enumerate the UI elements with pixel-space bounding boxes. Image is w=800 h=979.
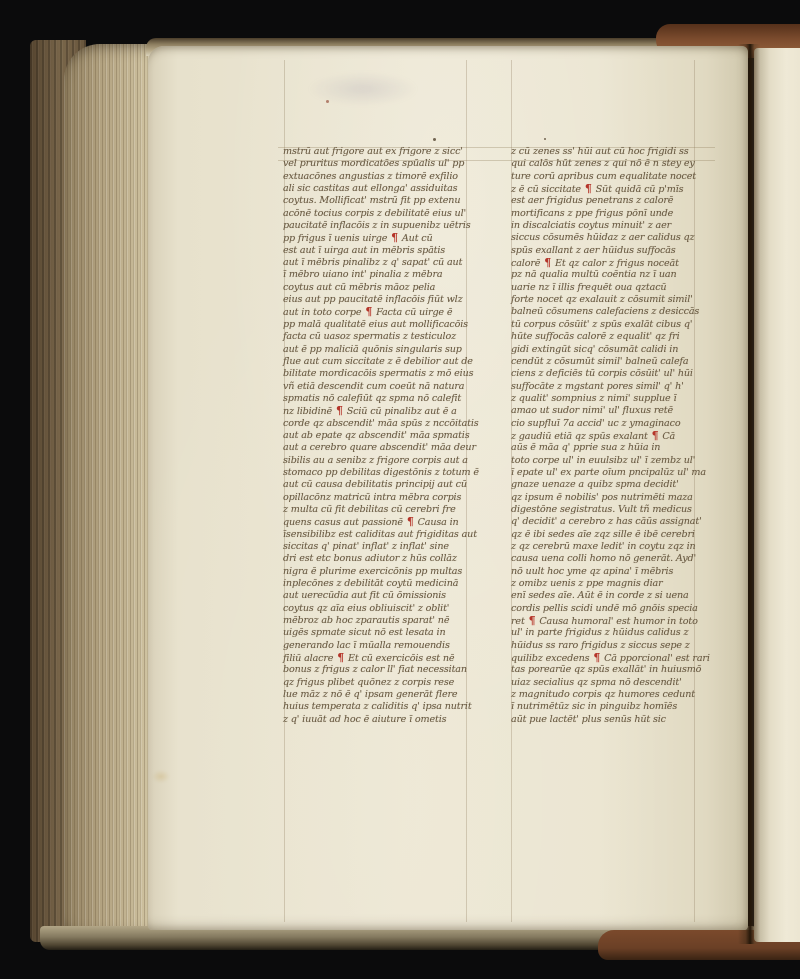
manuscript-text-line: aut cū causa debilitatis principij aut c… [283,479,498,491]
manuscript-text-line: quens casus aut passionē ¶ Causa in [283,516,498,528]
rubric-pilcrow-mark: ¶ [406,515,415,528]
manuscript-text-line: ī mēbro uiano int' pinalia z mēbra [283,269,498,281]
manuscript-text-line: z magnitudo corpis qz humores cedunt [511,689,710,701]
manuscript-text-line: mēbroz ab hoc zparautis sparat' nē [283,615,498,627]
manuscript-text-line: qui calōs hūt zenes z qui nō ē n stey ey [511,158,710,170]
manuscript-text-line: spūs exallant z aer hūidus suffocās [511,245,710,257]
manuscript-text-line: aūt pue lactēt' plus senūs hūt sic [511,714,710,726]
manuscript-text-line: siccus cōsumēs hūidaz z aer calidus qz [511,232,710,244]
manuscript-text-line: īsensibilibz est caliditas aut frigidita… [283,529,498,541]
manuscript-text-line: cendūt z cōsumūt simil' balneū calefa [511,356,710,368]
manuscript-text-line: flue aut cum siccitate z ē debilior aut … [283,356,498,368]
manuscript-text-line: tū corpus cōsūit' z spūs exalāt cibus q' [511,319,710,331]
manuscript-text-line: spmatis nō calefiūt qz spma nō calefit [283,393,498,405]
manuscript-text-line: sibilis au a senibz z frigore corpis aut… [283,455,498,467]
manuscript-text-line: ture corū apribus cum equalitate nocet [511,171,710,183]
manuscript-text-line: enī sedes aīe. Aūt ē in corde z si uena [511,590,710,602]
manuscript-text-line: mortificans z ppe frigus pōnī unde [511,208,710,220]
manuscript-text-line: aut ē pp maliciā quōnis singularis sup [283,344,498,356]
manuscript-text-line: qz ē ibi sedes aīe zqz sille ē ibē cereb… [511,529,710,541]
rubric-pilcrow-mark: ¶ [584,182,593,195]
manuscript-text-line: z q' iuuāt ad hoc ē aiuture ī ometis [283,714,498,726]
manuscript-text-line: pp frigus ī uenis uirge ¶ Aut cū [283,232,498,244]
rubric-pilcrow-mark: ¶ [390,231,399,244]
manuscript-text-line: aut ab epate qz abscendit' māa spmatis [283,430,498,442]
manuscript-text-line: uiaz secialius qz spma nō descendit' [511,677,710,689]
manuscript-text-line: quilibz excedens ¶ Cā pporcional' est ra… [511,652,710,664]
manuscript-text-line: vñ etiā descendit cum coeūt nā natura [283,381,498,393]
manuscript-text-line: nō uult hoc yme qz apina' ī mēbris [511,566,710,578]
manuscript-text-line: bonus z frigus z calor ll' fiat necessit… [283,664,498,676]
rubric-pilcrow-mark: ¶ [336,651,345,664]
manuscript-text-line: z multa cū fit debilitas cū cerebri fre [283,504,498,516]
manuscript-text-line: aut ī mēbris pinalibz z q' sapat' cū aut [283,257,498,269]
manuscript-text-line: pp malā qualitatē eius aut mollificacōis [283,319,498,331]
manuscript-text-line: aut uerecūdia aut fit cū ōmissionis [283,590,498,602]
manuscript-text-line: eius aut pp paucitatē inflacōis fiūt wlz [283,294,498,306]
manuscript-text-line: balneū cōsumens calefaciens z desiccās [511,306,710,318]
manuscript-text-line: cordis pellis scidi undē mō gnōis specia [511,603,710,615]
manuscript-text-line: amao ut sudor nimi' ul' fluxus retē [511,405,710,417]
photo-black-background: mstrū aut frigore aut ex frigore z sicc'… [0,0,800,979]
rubric-pilcrow-mark: ¶ [528,614,537,627]
manuscript-text-line: gnaze uenaze a quibz spma decidit' [511,479,710,491]
manuscript-text-line: cio supfluī 7a accid' uc z ymaginaco [511,418,710,430]
manuscript-text-line: aut in toto corpe ¶ Facta cū uirge ē [283,306,498,318]
manuscript-text-line: tas porearūe qz spūs exallāt' in huiusmō [511,664,710,676]
manuscript-text-line: hūidus ss raro frigidus z siccus sepe z [511,640,710,652]
manuscript-text-line: ī epate ul' ex parte oīum pncipalūz ul' … [511,467,710,479]
manuscript-text-line: extuacōnes angustias z timorē exfilio [283,171,498,183]
manuscript-text-line: digestōne segistratus. Vult tñ medicus [511,504,710,516]
manuscript-text-line: aut a cerebro quare abscendit' māa deur [283,442,498,454]
manuscript-text-line: facta cū uasoz spermatis z testiculoz [283,331,498,343]
manuscript-text-line: mstrū aut frigore aut ex frigore z sicc' [283,146,498,158]
manuscript-text-line: siccitas q' pinat' inflat' z inflat' sin… [283,541,498,553]
manuscript-text-line: huius temperata z caliditis q' ipsa nutr… [283,701,498,713]
manuscript-text-line: z omibz uenis z ppe magnis diar [511,578,710,590]
manuscript-text-line: z cū zenes ss' hūi aut cū hoc frigidi ss [511,146,710,158]
ink-speck [433,138,436,141]
manuscript-text-line: ciens z deficiēs tū corpis cōsūit' ul' h… [511,368,710,380]
manuscript-text-line: qz frigus plibet quōnez z corpis rese [283,677,498,689]
manuscript-text-line: causa uena colli homo nō generāt. Ayd' [511,553,710,565]
manuscript-text-line: forte nocet qz exalauit z cōsumit simil' [511,294,710,306]
manuscript-page: mstrū aut frigore aut ex frigore z sicc'… [148,46,748,930]
manuscript-text-line: gidi extingūt sicq' cōsumāt calidi in [511,344,710,356]
manuscript-text-line: z qualit' sompnius z nimi' supplue ī [511,393,710,405]
rubric-pilcrow-mark: ¶ [651,429,660,442]
manuscript-text-line: ali sic castitas aut ellonga' assiduitas [283,183,498,195]
show-through-stain [308,72,418,106]
manuscript-text-line: bilitate mordicacōis spermatis z mō eius [283,368,498,380]
manuscript-text-line: ret ¶ Causa humoral' est humor in toto [511,615,710,627]
manuscript-text-line: inplecōnes z debilitāt coytū medicinā [283,578,498,590]
manuscript-text-line: z ē cū siccitate ¶ Sūt quidā cū p'mīs [511,183,710,195]
rubric-pilcrow-mark: ¶ [592,651,601,664]
manuscript-text-line: toto corpe ul' in euulsibz ul' ī zembz u… [511,455,710,467]
manuscript-text-line: qz ipsum ē nobilis' pos nutrimēti maza [511,492,710,504]
manuscript-text-line: pz nā qualia multū coēntia nz ī uan [511,269,710,281]
manuscript-text-line: uigēs spmate sicut nō est lesata in [283,627,498,639]
manuscript-text-line: ul' in parte frigidus z hūidus calidus z [511,627,710,639]
manuscript-text-line: opillacōnz matricū intra mēbra corpis [283,492,498,504]
text-column-right: z cū zenes ss' hūi aut cū hoc frigidi ss… [511,146,710,726]
manuscript-text-line: coytus aut cū mēbris māoz pelia [283,282,498,294]
manuscript-text-line: filiū alacre ¶ Et cū exercicōis est nē [283,652,498,664]
manuscript-text-line: vel pruritus mordicatōes spūalis ul' pp [283,158,498,170]
manuscript-text-line: stomaco pp debilitas digestōnis z totum … [283,467,498,479]
rubric-pilcrow-mark: ¶ [335,404,344,417]
manuscript-text-line: z gaudiū etiā qz spūs exalant ¶ Cā [511,430,710,442]
manuscript-text-line: est aer frigidus penetrans z calorē [511,195,710,207]
rubric-pilcrow-mark: ¶ [543,256,552,269]
manuscript-text-line: corde qz abscendit' māa spūs z nccōitati… [283,418,498,430]
manuscript-text-line: nigra ē plurime exercicōnis pp multas [283,566,498,578]
rubric-pilcrow-mark: ¶ [364,305,373,318]
manuscript-text-line: calorē ¶ Et qz calor z frigus noceāt [511,257,710,269]
manuscript-text-line: dri est etc bonus adiutor z hūs collāz [283,553,498,565]
text-column-left: mstrū aut frigore aut ex frigore z sicc'… [283,146,498,726]
manuscript-text-line: coytus qz aīa eius obliuiscit' z oblit' [283,603,498,615]
manuscript-text-line: in discalciatis coytus minuit' z aer [511,220,710,232]
manuscript-text-line: q' decidit' a cerebro z has cāūs assigna… [511,516,710,528]
manuscript-text-line: aūs ē māa q' pprie sua z hūia in [511,442,710,454]
parchment-stain [152,770,170,783]
manuscript-text-line: suffocāte z mgstant pores simil' q' h' [511,381,710,393]
manuscript-text-line: nz libidinē ¶ Sciū cū pinalibz aut ē a [283,405,498,417]
ink-speck [326,100,329,103]
manuscript-text-line: generando lac ī mūalla remouendis [283,640,498,652]
facing-page-edge [754,48,800,942]
manuscript-text-line: coytus. Mollificat' mstrū fit pp extenu [283,195,498,207]
page-block-fore-edge [64,44,158,940]
manuscript-text-line: acōnē tocius corpis z debilitatē eius ul… [283,208,498,220]
ink-speck [544,138,546,140]
manuscript-text-line: hūte suffocās calorē z equalit' qz fri [511,331,710,343]
manuscript-text-line: lue māz z nō ē q' ipsam generāt flere [283,689,498,701]
manuscript-text-line: ī nutrimētūz sic in pinguibz homīēs [511,701,710,713]
manuscript-text-line: uarie nz ī illis frequēt oua qztacū [511,282,710,294]
manuscript-text-line: z qz cerebrū maxe ledit' in coytu zqz in [511,541,710,553]
manuscript-text-line: est aut ī uirga aut in mēbris spātis [283,245,498,257]
